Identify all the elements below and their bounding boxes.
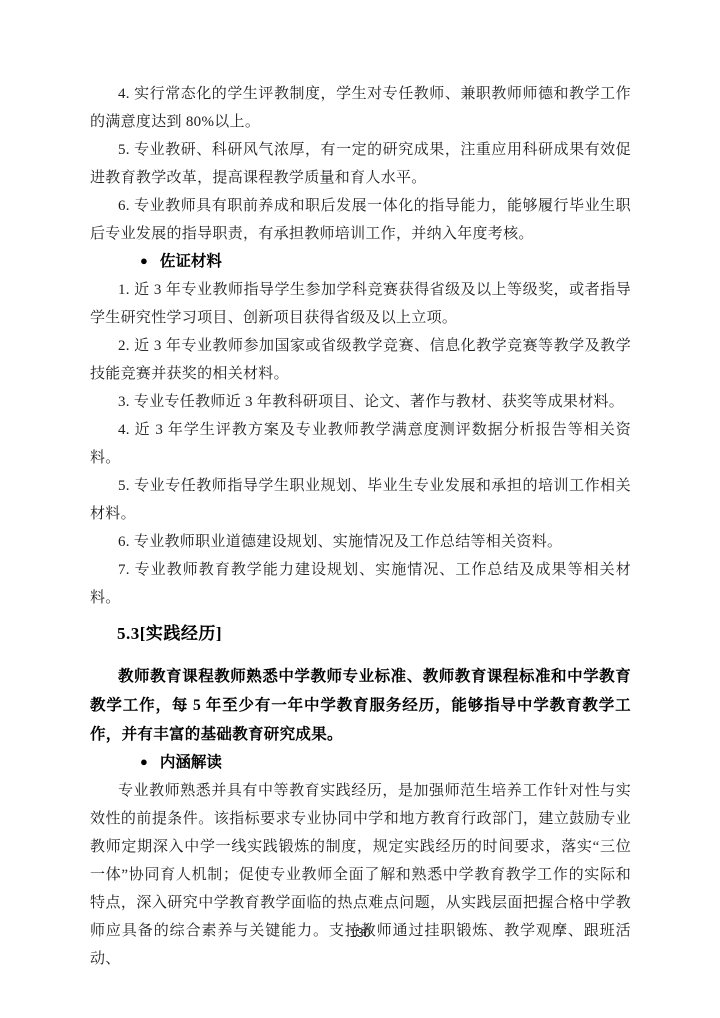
- document-page: 4. 实行常态化的学生评教制度，学生对专任教师、兼职教师师德和教学工作的满意度达…: [0, 0, 720, 1018]
- bullet-heading: ●内涵解读: [90, 749, 631, 777]
- paragraph: 3. 专业专任教师近 3 年教科研项目、论文、著作与教材、获奖等成果材料。: [90, 388, 631, 416]
- paragraph-bold: 教师教育课程教师熟悉中学教师专业标准、教师教育课程标准和中学教育教学工作，每 5…: [90, 662, 631, 749]
- paragraph: 6. 专业教师职业道德建设规划、实施情况及工作总结等相关资料。: [90, 528, 631, 556]
- paragraph: 4. 实行常态化的学生评教制度，学生对专任教师、兼职教师师德和教学工作的满意度达…: [90, 80, 631, 136]
- paragraph: 1. 近 3 年专业教师指导学生参加学科竞赛获得省级及以上等级奖，或者指导学生研…: [90, 276, 631, 332]
- paragraph: 7. 专业教师教育教学能力建设规划、实施情况、工作总结及成果等相关材料。: [90, 556, 631, 612]
- paragraph: 2. 近 3 年专业教师参加国家或省级教学竞赛、信息化教学竞赛等教学及教学技能竞…: [90, 332, 631, 388]
- bullet-heading-label: 内涵解读: [160, 754, 222, 771]
- paragraph: 4. 近 3 年学生评教方案及专业教师教学满意度测评数据分析报告等相关资料。: [90, 416, 631, 472]
- bullet-heading-label: 佐证材料: [160, 253, 222, 270]
- paragraph: 专业教师熟悉并具有中等教育实践经历，是加强师范生培养工作针对性与实效性的前提条件…: [90, 777, 631, 973]
- bullet-icon: ●: [140, 247, 148, 275]
- bullet-icon: ●: [140, 748, 148, 776]
- paragraph: 6. 专业教师具有职前养成和职后发展一体化的指导能力，能够履行毕业生职后专业发展…: [90, 192, 631, 248]
- paragraph: 5. 专业教研、科研风气浓厚，有一定的研究成果，注重应用科研成果有效促进教育教学…: [90, 136, 631, 192]
- paragraph: 5. 专业专任教师指导学生职业规划、毕业生专业发展和承担的培训工作相关材料。: [90, 472, 631, 528]
- section-heading: 5.3[实践经历]: [90, 618, 631, 650]
- document-content: 4. 实行常态化的学生评教制度，学生对专任教师、兼职教师师德和教学工作的满意度达…: [90, 80, 631, 973]
- bullet-heading: ●佐证材料: [90, 248, 631, 276]
- page-number: 130: [0, 926, 720, 940]
